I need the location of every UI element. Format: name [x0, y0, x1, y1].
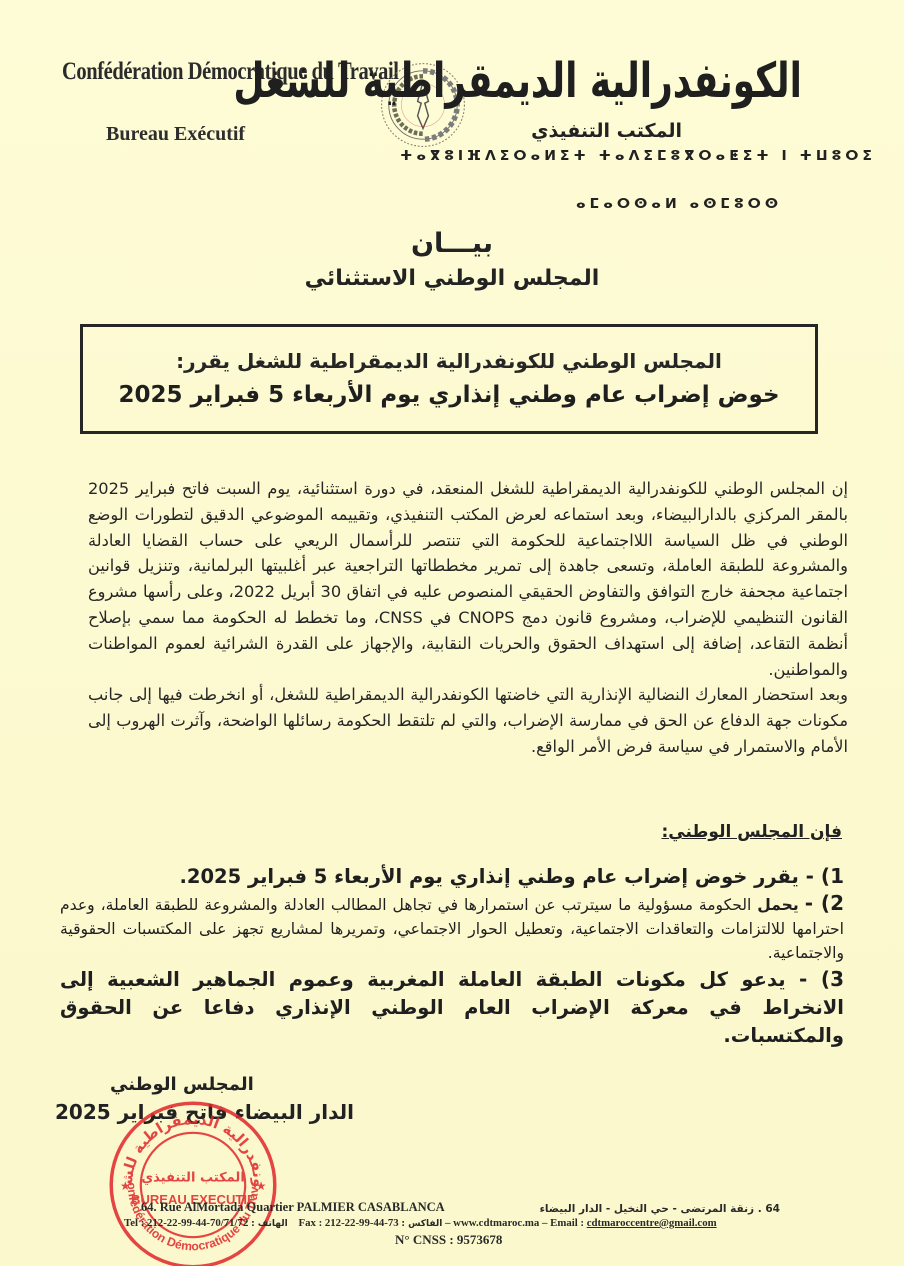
footer-address-french: 64. Rue AlMortada Quartier PALMIER CASAB… [141, 1200, 445, 1215]
decision-item: 1) - يقرر خوض إضراب عام وطني إنذاري يوم … [60, 862, 844, 891]
tifinagh-org-name: ⵜⴰⴳⵓⵏⴼⴷⵉⵔⴰⵍⵉⵜ ⵜⴰⴷⵉⵎⵓⴳⵔⴰⵟⵉⵜ ⵏ ⵜⵡⵓⵔⵉ [400, 148, 876, 164]
decision-text: الحكومة مسؤولية ما سيترتب عن استمرارها ف… [60, 896, 844, 962]
scan-edge [0, 1266, 904, 1280]
bureau-french: Bureau Exécutif [106, 123, 245, 146]
decision-verb: يحمل [757, 896, 798, 914]
decision-number: 1) - [806, 864, 844, 888]
footer-fax-label-arabic: : الفاكس [401, 1219, 442, 1229]
footer-website[interactable]: – www.cdtmaroc.ma – [445, 1217, 547, 1229]
decisions-list: 1) - يقرر خوض إضراب عام وطني إنذاري يوم … [60, 862, 844, 1050]
official-stamp: الكونفدرالية الديمقراطية للشغل Confédéra… [106, 1098, 280, 1272]
council-subtitle: المجلس الوطني الاستثنائي [0, 266, 904, 291]
body-paragraph: إن المجلس الوطني للكونفدرالية الديمقراطي… [88, 476, 848, 682]
footer-email-label: Email : [550, 1217, 584, 1229]
tifinagh-bureau: ⴰⵎⴰⵔⵙⴰⵍ ⴰⵙⵎⵓⵔⵙ [576, 196, 782, 212]
headline-line-1: المجلس الوطني للكونفدرالية الديمقراطية ل… [83, 349, 815, 373]
stamp-star-icon: ★ [120, 1179, 131, 1193]
decision-text: يقرر خوض إضراب عام وطني إنذاري يوم الأرب… [179, 865, 798, 888]
letterhead-page: Confédération Démocratique du Travail Bu… [0, 0, 904, 1280]
bureau-arabic: المكتب التنفيذي [531, 120, 682, 142]
stamp-star-icon: ★ [256, 1179, 267, 1193]
decision-item: 2) - يحمل الحكومة مسؤولية ما سيترتب عن ا… [60, 891, 844, 965]
body-paragraph: وبعد استحضار المعارك النضالية الإنذارية … [88, 682, 848, 759]
signer: المجلس الوطني [110, 1074, 254, 1095]
decision-item: 3) - يدعو كل مكونات الطبقة العاملة المغر… [60, 965, 844, 1050]
footer-contact: Tel : 212-22-99-44-70/71/72 : الهاتف Fax… [124, 1217, 717, 1229]
decision-number: 2) - [805, 891, 844, 915]
headline-box: المجلس الوطني للكونفدرالية الديمقراطية ل… [80, 324, 818, 434]
headline-line-2: خوض إضراب عام وطني إنذاري يوم الأربعاء 5… [83, 382, 815, 408]
decisions-lead: فإن المجلس الوطني: [661, 822, 842, 842]
footer-tel-label-arabic: : الهاتف [251, 1219, 288, 1229]
decision-text: يدعو كل مكونات الطبقة العاملة المغربية و… [60, 968, 844, 1047]
footer-address-arabic: 64 . زنقة المرتضى - حي النخيل - الدار ال… [540, 1203, 780, 1215]
footer-tel: Tel : 212-22-99-44-70/71/72 [124, 1217, 248, 1229]
statement-title: بيـــان [0, 228, 904, 259]
footer-cnss-number: N° CNSS : 9573678 [395, 1232, 502, 1248]
place-and-date: الدار البيضاء فاتح فبراير 2025 [55, 1100, 354, 1124]
footer-fax: Fax : 212-22-99-44-73 [298, 1217, 398, 1229]
stamp-center-arabic: المكتب التنفيذي [141, 1171, 245, 1186]
footer-email-link[interactable]: cdtmaroccentre@gmail.com [587, 1217, 717, 1229]
org-name-arabic: الكونفدرالية الديمقراطية للشغل [233, 52, 802, 109]
decision-number: 3) - [799, 967, 844, 991]
statement-body: إن المجلس الوطني للكونفدرالية الديمقراطي… [88, 476, 848, 760]
